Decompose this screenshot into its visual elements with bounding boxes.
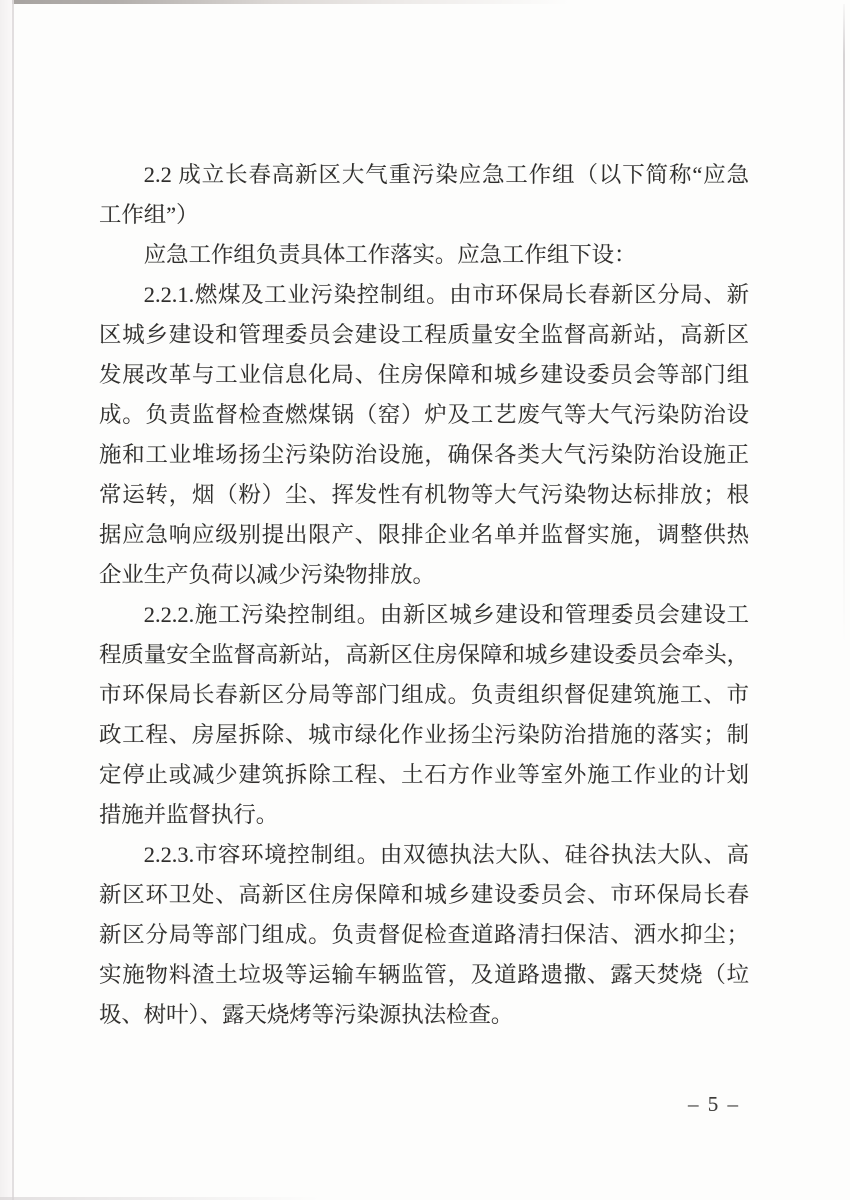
text-line: 市环保局长春新区分局等部门组成。负责组织督促建筑施工、市 [99, 675, 749, 715]
text-line: 程质量安全监督高新站，高新区住房保障和城乡建设委员会牵头， [99, 635, 749, 675]
text-line: 实施物料渣土垃圾等运输车辆监管，及道路遗撒、露天焚烧（垃 [99, 955, 749, 995]
text-line: 常运转，烟（粉）尘、挥发性有机物等大气污染物达标排放；根 [99, 475, 749, 515]
scan-artifact-right-edge [843, 4, 845, 644]
scan-artifact-left-line [12, 0, 14, 1200]
scan-artifact-left-margin [0, 0, 12, 1200]
text-line: 圾、树叶）、露天烧烤等污染源执法检查。 [99, 995, 749, 1035]
text-line: 成。负责监督检查燃煤锅（窑）炉及工艺废气等大气污染防治设 [99, 395, 749, 435]
text-line: 发展改革与工业信息化局、住房保障和城乡建设委员会等部门组 [99, 355, 749, 395]
text-line: 企业生产负荷以减少污染物排放。 [99, 555, 749, 595]
text-line: 新区环卫处、高新区住房保障和城乡建设委员会、市环保局长春 [99, 875, 749, 915]
text-line: 定停止或减少建筑拆除工程、土石方作业等室外施工作业的计划 [99, 755, 749, 795]
text-line: 施和工业堆场扬尘污染防治设施，确保各类大气污染防治设施正 [99, 435, 749, 475]
text-line: 政工程、房屋拆除、城市绿化作业扬尘污染防治措施的落实；制 [99, 715, 749, 755]
text-line: 应急工作组负责具体工作落实。应急工作组下设： [99, 235, 749, 275]
text-line: 2.2.3.市容环境控制组。由双德执法大队、硅谷执法大队、高 [99, 835, 749, 875]
text-line: 2.2.1.燃煤及工业污染控制组。由市环保局长春新区分局、新 [99, 275, 749, 315]
text-line: 区城乡建设和管理委员会建设工程质量安全监督高新站，高新区 [99, 315, 749, 355]
text-line: 措施并监督执行。 [99, 795, 749, 835]
scan-artifact-top-edge [0, 0, 570, 4]
text-block: 2.2 成立长春高新区大气重污染应急工作组（以下简称“应急工作组”）应急工作组负… [99, 155, 749, 1035]
text-line: 2.2 成立长春高新区大气重污染应急工作组（以下简称“应急 [99, 155, 749, 195]
text-line: 据应急响应级别提出限产、限排企业名单并监督实施，调整供热 [99, 515, 749, 555]
text-line: 工作组”） [99, 195, 749, 235]
document-page: 2.2 成立长春高新区大气重污染应急工作组（以下简称“应急工作组”）应急工作组负… [0, 0, 850, 1200]
text-line: 新区分局等部门组成。负责督促检查道路清扫保洁、洒水抑尘； [99, 915, 749, 955]
page-number: – 5 – [688, 1089, 740, 1119]
text-line: 2.2.2.施工污染控制组。由新区城乡建设和管理委员会建设工 [99, 595, 749, 635]
